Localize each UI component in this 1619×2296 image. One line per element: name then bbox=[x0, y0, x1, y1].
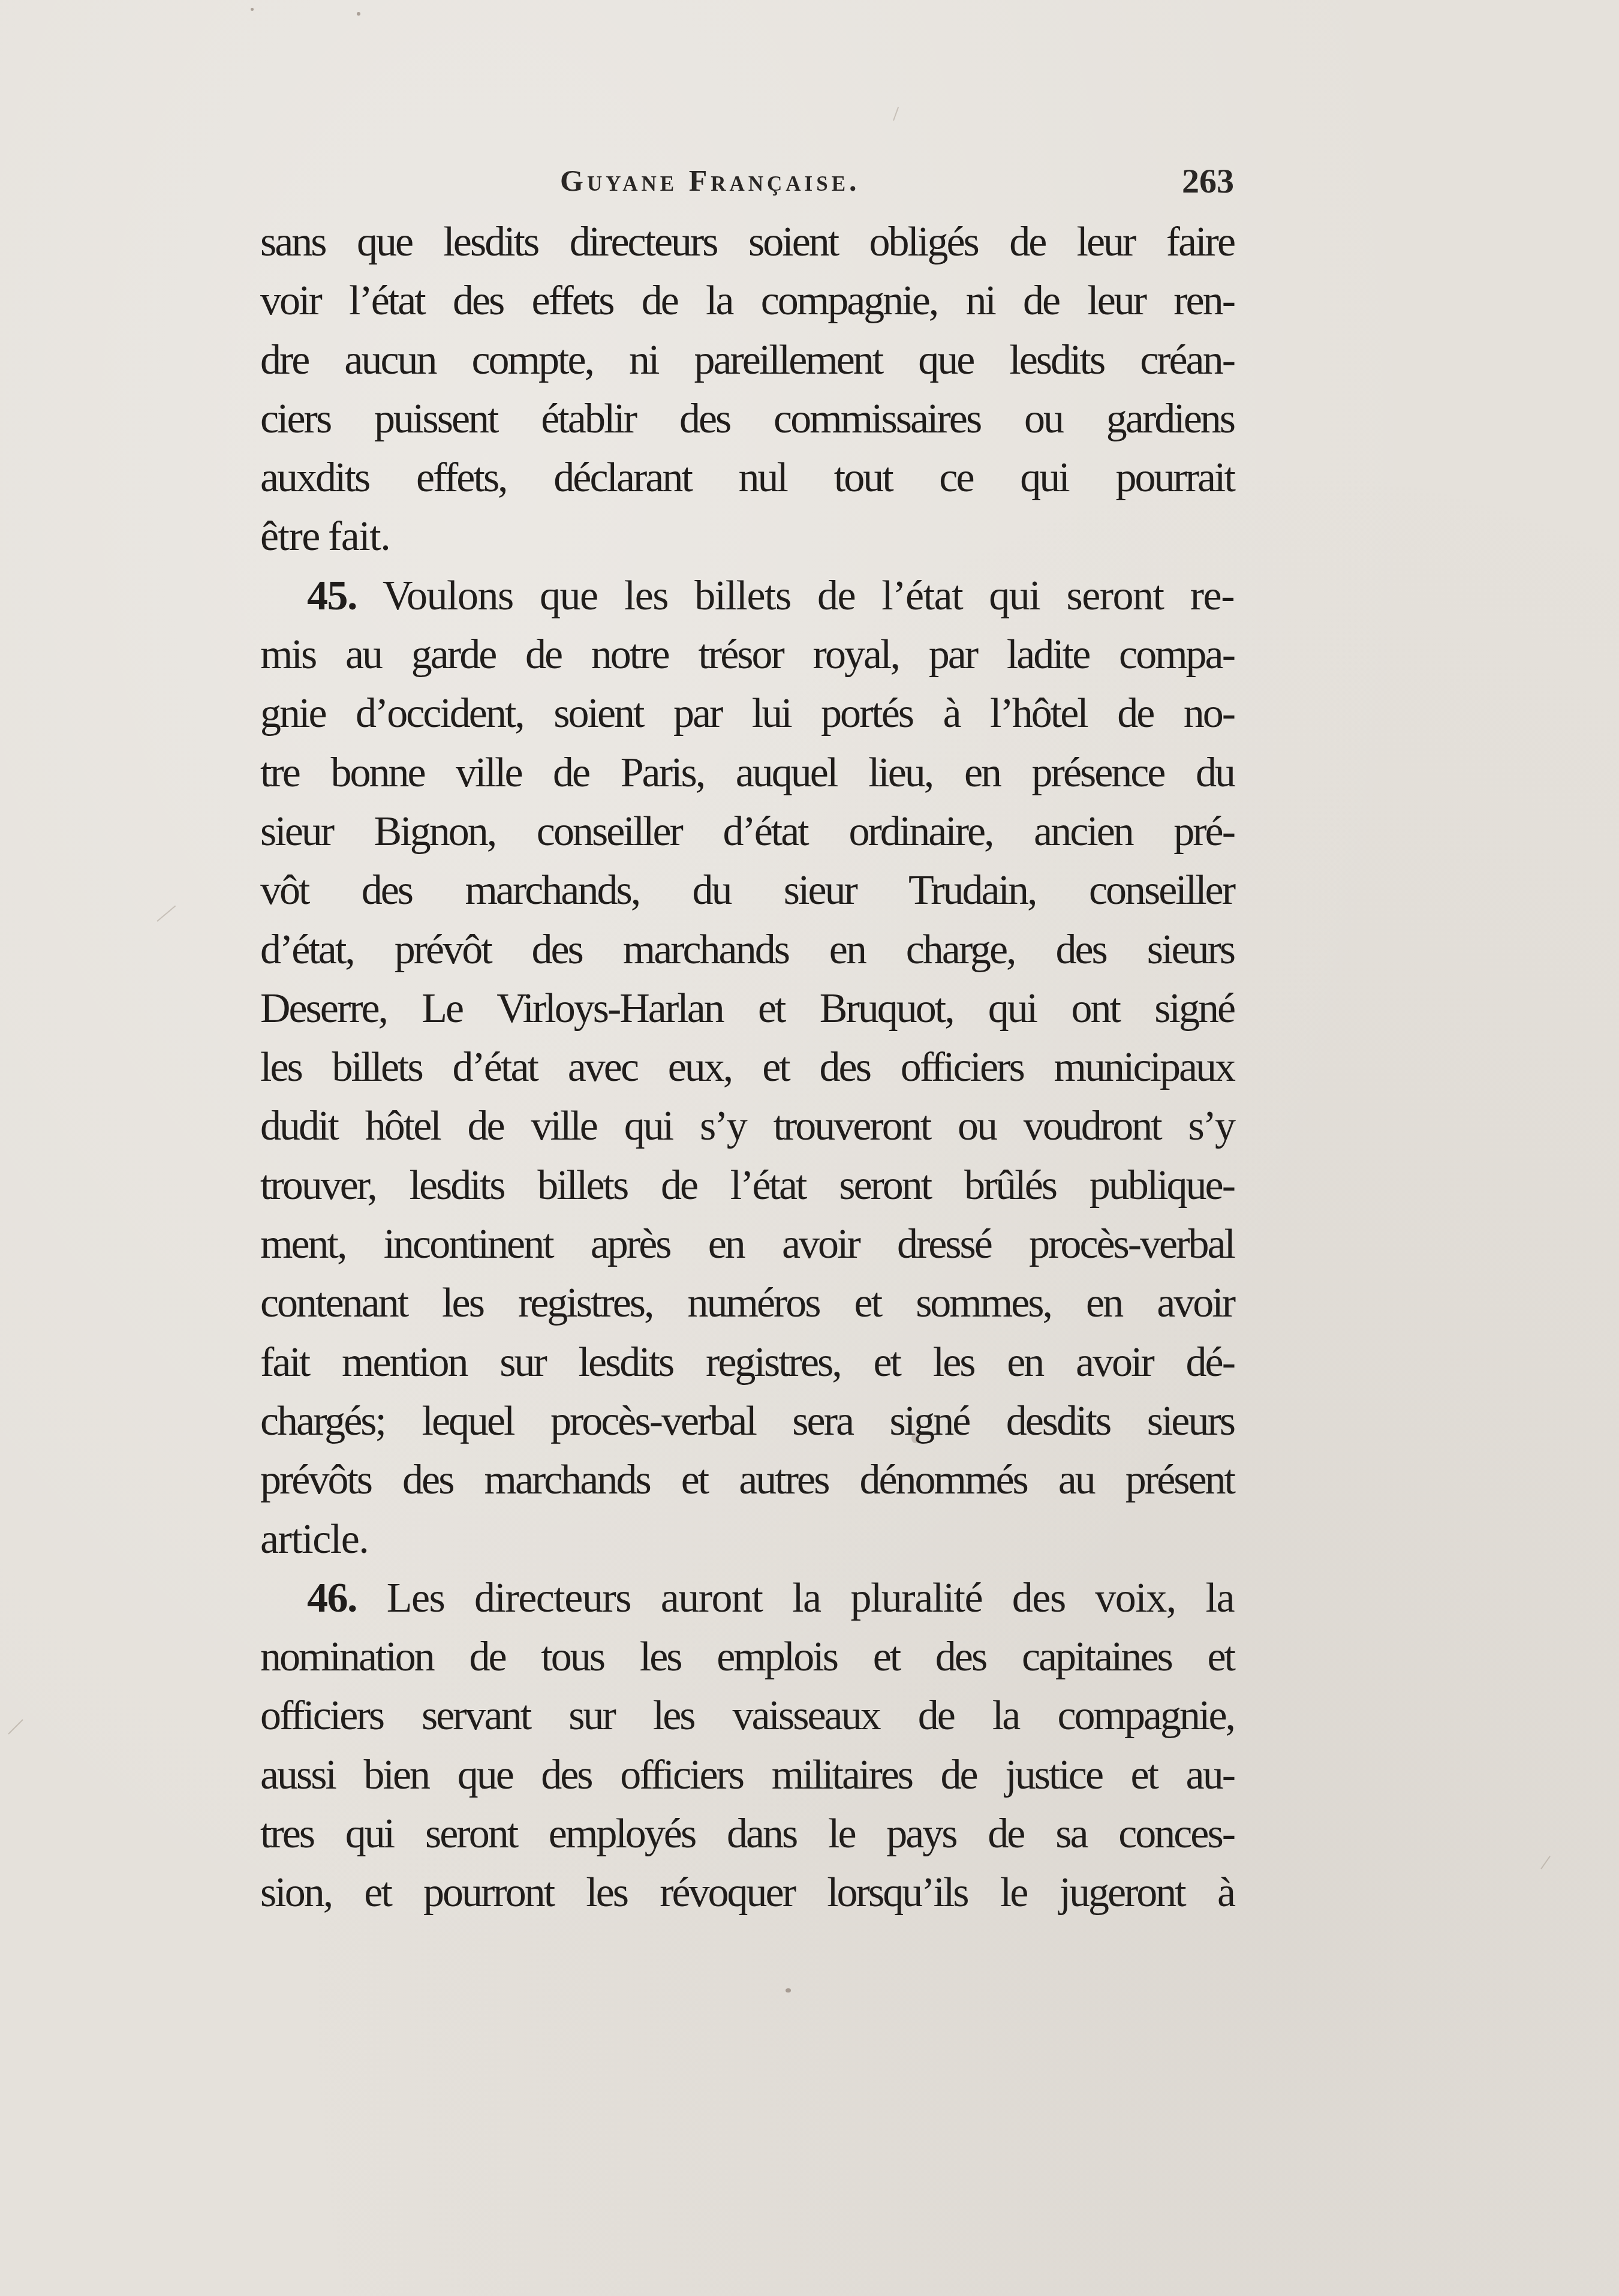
text-line: aussi bien que des officiers militaires … bbox=[260, 1746, 1234, 1805]
line-text: aussi bien que des officiers militaires … bbox=[260, 1752, 1234, 1798]
line-text: d’état, prévôt des marchands en charge, … bbox=[260, 927, 1234, 973]
text-line: sans que lesdits directeurs soient oblig… bbox=[260, 213, 1234, 272]
text-line: ment, incontinent après en avoir dressé … bbox=[260, 1215, 1234, 1274]
line-text: Les directeurs auront la pluralité des v… bbox=[387, 1575, 1234, 1621]
line-text: dudit hôtel de ville qui s’y trouveront … bbox=[260, 1103, 1234, 1149]
text-line: ciers puissent établir des commissaires … bbox=[260, 390, 1234, 449]
book-page: Guyane Française. 263 sans que lesdits d… bbox=[0, 0, 1619, 2296]
text-line: officiers servant sur les vaisseaux de l… bbox=[260, 1687, 1234, 1745]
text-line: contenant les registres, numéros et somm… bbox=[260, 1274, 1234, 1333]
line-text: les billets d’état avec eux, et des offi… bbox=[260, 1044, 1234, 1090]
text-line: sion, et pourront les révoquer lorsqu’il… bbox=[260, 1864, 1234, 1922]
paper-speck bbox=[251, 8, 254, 11]
paper-fibre bbox=[893, 107, 899, 121]
text-line: dre aucun compte, ni pareillement que le… bbox=[260, 331, 1234, 390]
line-text: nomination de tous les emplois et des ca… bbox=[260, 1634, 1234, 1680]
paper-fibre bbox=[1540, 1856, 1551, 1869]
line-text: dre aucun compte, ni pareillement que le… bbox=[260, 337, 1234, 383]
line-text: officiers servant sur les vaisseaux de l… bbox=[260, 1693, 1234, 1739]
article-first-line: 46. Les directeurs auront la pluralité d… bbox=[260, 1569, 1234, 1628]
paper-speck bbox=[786, 1988, 791, 1993]
line-text: sans que lesdits directeurs soient oblig… bbox=[260, 219, 1234, 265]
line-text: gnie d’occident, soient par lui portés à… bbox=[260, 690, 1234, 737]
text-line: chargés; lequel procès-verbal sera signé… bbox=[260, 1392, 1234, 1451]
text-line: trouver, lesdits billets de l’état seron… bbox=[260, 1156, 1234, 1215]
article-first-line: 45. Voulons que les billets de l’état qu… bbox=[260, 567, 1234, 626]
line-text: ment, incontinent après en avoir dressé … bbox=[260, 1221, 1234, 1267]
line-text: Voulons que les billets de l’état qui se… bbox=[383, 573, 1234, 619]
body-text: sans que lesdits directeurs soient oblig… bbox=[260, 213, 1234, 1923]
text-line: auxdits effets, déclarant nul tout ce qu… bbox=[260, 449, 1234, 507]
paper-speck bbox=[357, 12, 360, 16]
line-text: prévôts des marchands et autres dénommés… bbox=[260, 1457, 1234, 1503]
line-text: fait mention sur lesdits registres, et l… bbox=[260, 1339, 1234, 1386]
article-number: 46. bbox=[307, 1575, 357, 1621]
text-line: gnie d’occident, soient par lui portés à… bbox=[260, 684, 1234, 743]
text-line: article. bbox=[260, 1510, 1234, 1569]
text-line: prévôts des marchands et autres dénommés… bbox=[260, 1451, 1234, 1510]
line-text: tre bonne ville de Paris, auquel lieu, e… bbox=[260, 750, 1234, 796]
line-text: chargés; lequel procès-verbal sera signé… bbox=[260, 1398, 1234, 1444]
text-line: sieur Bignon, conseiller d’état ordinair… bbox=[260, 803, 1234, 861]
text-line: dudit hôtel de ville qui s’y trouveront … bbox=[260, 1097, 1234, 1156]
line-text: auxdits effets, déclarant nul tout ce qu… bbox=[260, 455, 1234, 501]
line-text: vôt des marchands, du sieur Trudain, con… bbox=[260, 867, 1234, 913]
line-text: ciers puissent établir des commissaires … bbox=[260, 396, 1234, 442]
article-number: 45. bbox=[307, 573, 357, 619]
line-text: article. bbox=[260, 1516, 368, 1562]
text-line: Deserre, Le Virloys-Harlan et Bruquot, q… bbox=[260, 979, 1234, 1038]
line-text: Deserre, Le Virloys-Harlan et Bruquot, q… bbox=[260, 985, 1234, 1032]
running-head: Guyane Française. 263 bbox=[260, 161, 1234, 203]
text-line: voir l’état des effets de la compagnie, … bbox=[260, 272, 1234, 330]
text-line: tres qui seront employés dans le pays de… bbox=[260, 1805, 1234, 1864]
text-line: être fait. bbox=[260, 507, 1234, 566]
line-text: trouver, lesdits billets de l’état seron… bbox=[260, 1162, 1234, 1209]
line-text: sion, et pourront les révoquer lorsqu’il… bbox=[260, 1870, 1234, 1916]
running-title: Guyane Française. bbox=[560, 163, 860, 198]
text-line: mis au garde de notre trésor royal, par … bbox=[260, 626, 1234, 684]
text-line: les billets d’état avec eux, et des offi… bbox=[260, 1038, 1234, 1097]
text-line: tre bonne ville de Paris, auquel lieu, e… bbox=[260, 744, 1234, 803]
line-text: tres qui seront employés dans le pays de… bbox=[260, 1811, 1234, 1857]
page-number: 263 bbox=[1182, 161, 1234, 201]
line-text: sieur Bignon, conseiller d’état ordinair… bbox=[260, 809, 1234, 855]
text-line: d’état, prévôt des marchands en charge, … bbox=[260, 921, 1234, 979]
line-text: voir l’état des effets de la compagnie, … bbox=[260, 278, 1234, 324]
text-line: fait mention sur lesdits registres, et l… bbox=[260, 1333, 1234, 1392]
line-text: contenant les registres, numéros et somm… bbox=[260, 1280, 1234, 1326]
line-text: être fait. bbox=[260, 513, 390, 560]
text-line: nomination de tous les emplois et des ca… bbox=[260, 1628, 1234, 1687]
line-text: mis au garde de notre trésor royal, par … bbox=[260, 632, 1234, 678]
paper-fibre bbox=[157, 906, 176, 922]
paper-speck bbox=[911, 1434, 919, 1443]
paper-fibre bbox=[8, 1719, 23, 1734]
text-line: vôt des marchands, du sieur Trudain, con… bbox=[260, 861, 1234, 920]
